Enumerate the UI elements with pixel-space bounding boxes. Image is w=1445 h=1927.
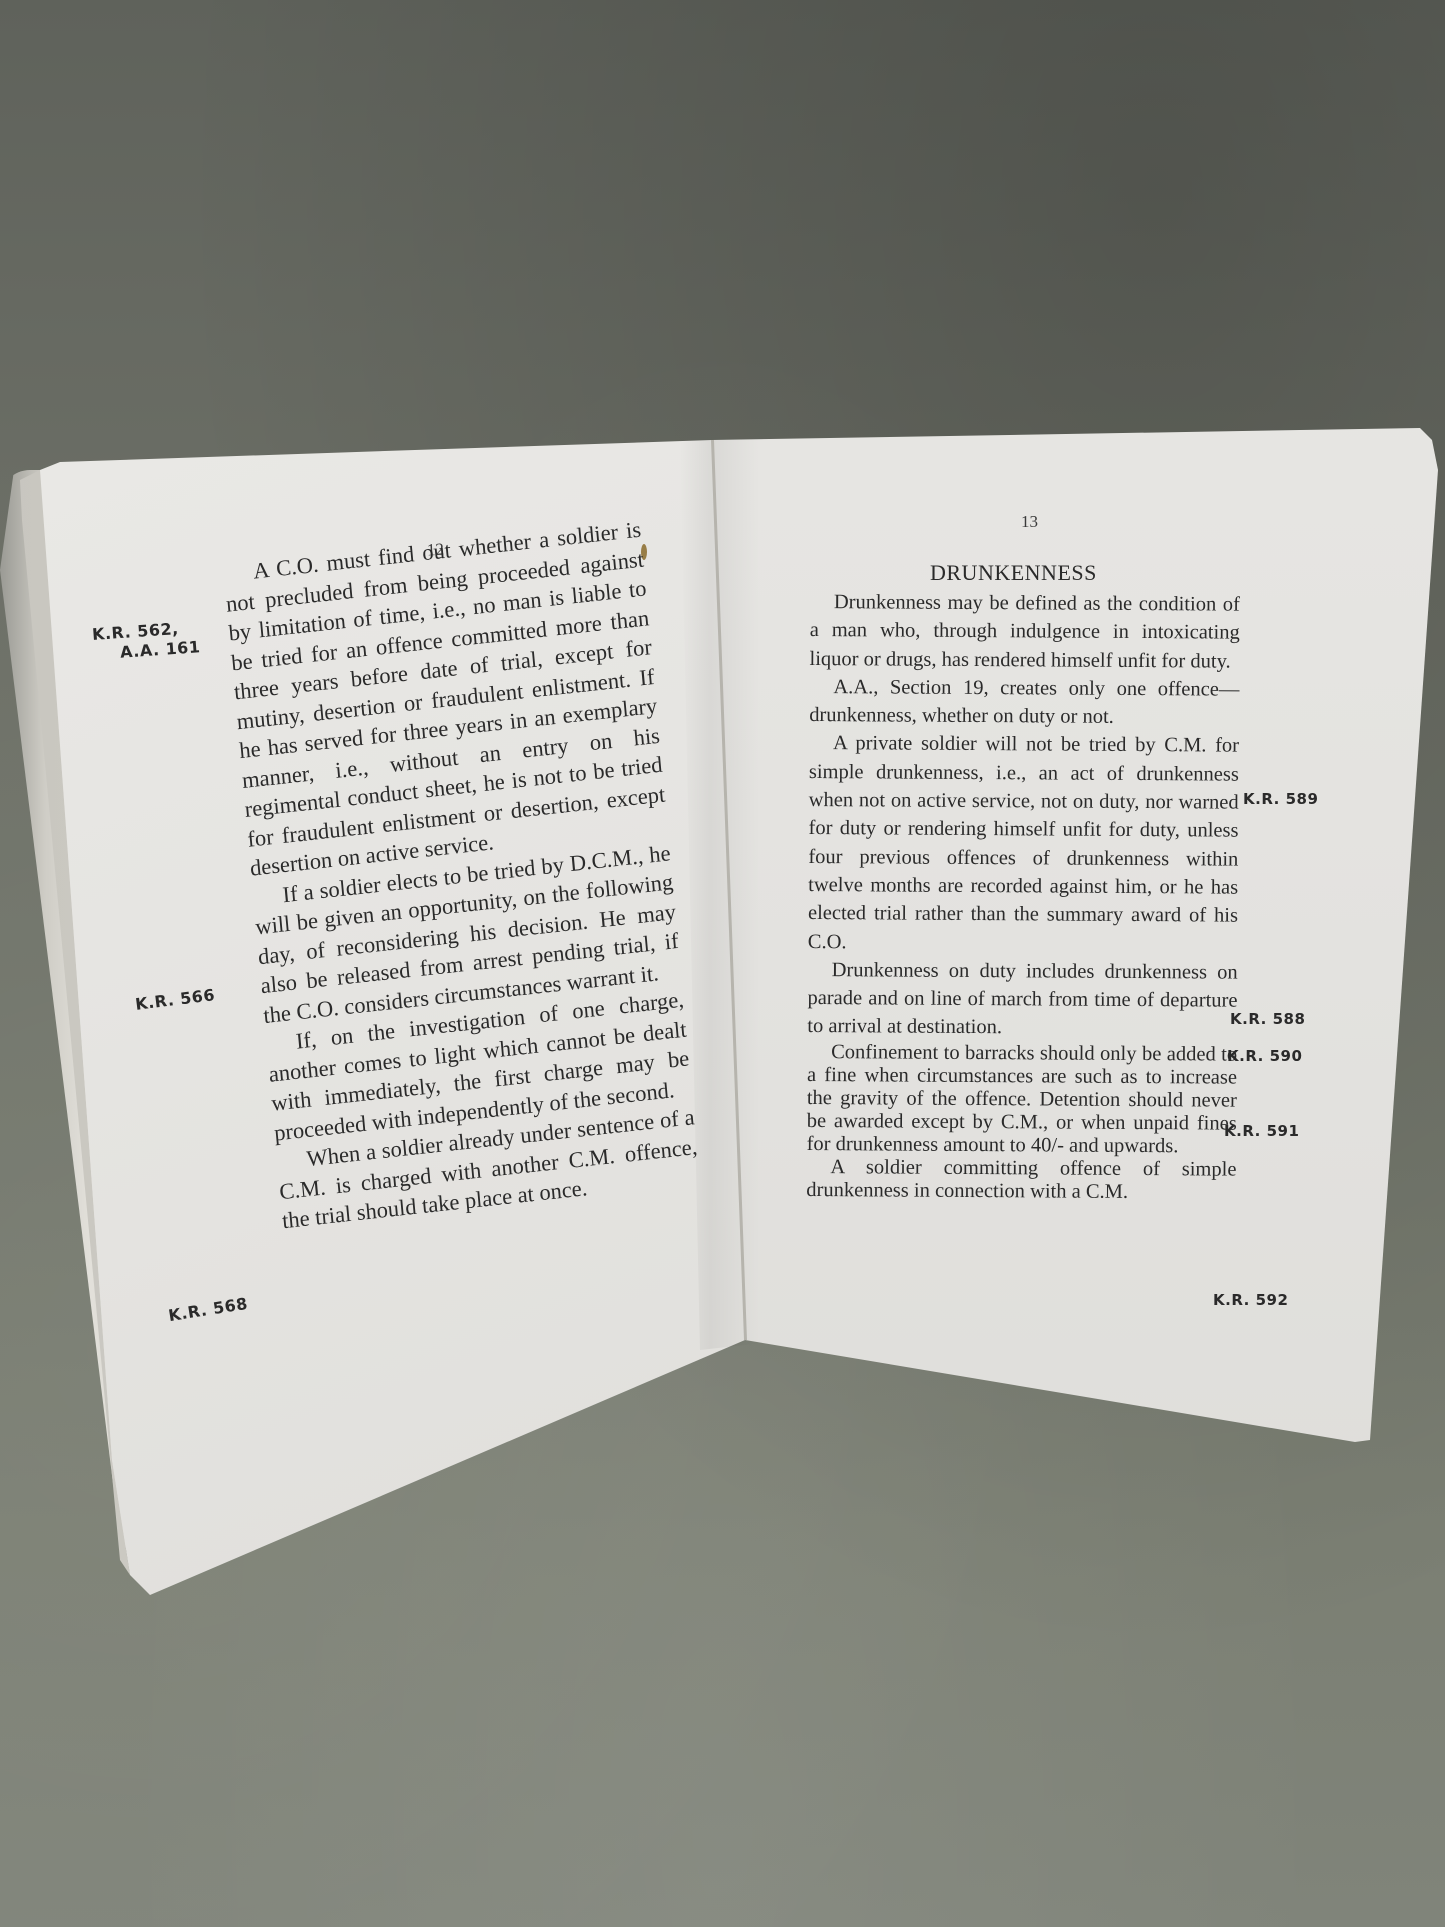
margin-note-kr590: K.R. 590 xyxy=(1227,1047,1302,1065)
paragraph-section-19: A.A., Section 19, creates only one offen… xyxy=(809,673,1239,732)
left-page-body: A C.O. must find out whether a soldier i… xyxy=(222,515,701,1236)
margin-note-kr588: K.R. 588 xyxy=(1230,1010,1305,1028)
paragraph-definition: Drunkenness may be defined as the condit… xyxy=(809,588,1240,676)
margin-note-kr589: K.R. 589 xyxy=(1243,790,1318,808)
paragraph-on-duty: Drunkenness on duty includes drunkenness… xyxy=(807,956,1238,1044)
page-number-right: 13 xyxy=(1021,512,1038,532)
section-heading: DRUNKENNESS xyxy=(930,560,1097,586)
paragraph-cm-connection: A soldier committing offence of simple d… xyxy=(806,1156,1236,1205)
paragraph-simple-drunkenness: A private soldier will not be tried by C… xyxy=(808,729,1239,958)
margin-note-kr592: K.R. 592 xyxy=(1213,1291,1288,1309)
paragraph-confinement: Confinement to barracks should only be a… xyxy=(807,1041,1238,1159)
paragraph-limitation-of-time: A C.O. must find out whether a soldier i… xyxy=(222,515,669,884)
margin-note-kr591: K.R. 591 xyxy=(1224,1122,1299,1140)
right-page-body: Drunkenness may be defined as the condit… xyxy=(806,588,1240,1204)
